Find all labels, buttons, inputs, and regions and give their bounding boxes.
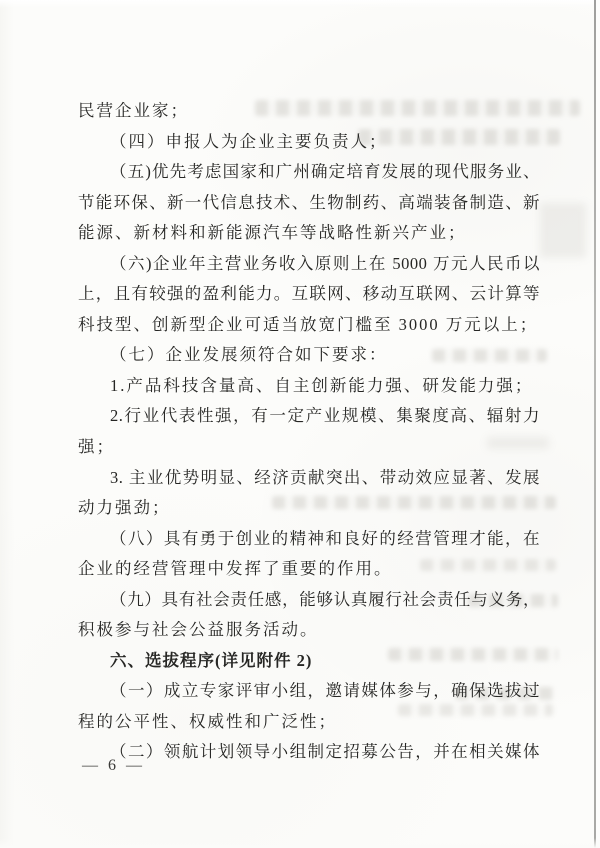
text-line: 企业的经营管理中发挥了重要的作用。 xyxy=(78,554,540,585)
text-line: 动力强劲； xyxy=(78,493,540,524)
text-line: 民营企业家； xyxy=(78,96,540,127)
scan-edge-right-margin xyxy=(596,0,600,848)
text-line: （五)优先考虑国家和广州确定培育发展的现代服务业、 xyxy=(78,157,540,188)
text-line: （九）具有社会责任感，能够认真履行社会责任与义务， xyxy=(78,585,540,616)
text-line: 积极参与社会公益服务活动。 xyxy=(78,615,540,646)
text-line: （一）成立专家评审小组，邀请媒体参与，确保选拔过 xyxy=(78,676,540,707)
text-line: 节能环保、新一代信息技术、生物制药、高端装备制造、新 xyxy=(78,188,540,219)
section-heading: 六、选拔程序(详见附件 2) xyxy=(78,646,540,677)
text-line: 3. 主业优势明显、经济贡献突出、带动效应显著、发展 xyxy=(78,463,540,494)
scan-edge-bottom xyxy=(0,838,600,848)
document-lines: 民营企业家；（四）申报人为企业主要负责人；（五)优先考虑国家和广州确定培育发展的… xyxy=(78,96,540,768)
text-line: （七）企业发展须符合如下要求： xyxy=(78,340,540,371)
text-line: （二）领航计划领导小组制定招募公告，并在相关媒体 xyxy=(78,737,540,768)
bleed-through-artifact xyxy=(540,203,586,258)
text-line: （四）申报人为企业主要负责人； xyxy=(78,127,540,158)
scan-edge-top xyxy=(0,0,600,8)
text-line: （八）具有勇于创业的精神和良好的经营管理才能，在 xyxy=(78,524,540,555)
text-line: 1.产品科技含量高、自主创新能力强、研发能力强； xyxy=(78,371,540,402)
text-line: （六)企业年主营业务收入原则上在 5000 万元人民币以 xyxy=(78,249,540,280)
text-line: 强； xyxy=(78,432,540,463)
text-line: 能源、新材料和新能源汽车等战略性新兴产业； xyxy=(78,218,540,249)
text-line: 程的公平性、权威性和广泛性； xyxy=(78,707,540,738)
text-line: 2.行业代表性强，有一定产业规模、集聚度高、辐射力 xyxy=(78,401,540,432)
text-line: 上，且有较强的盈利能力。互联网、移动互联网、云计算等 xyxy=(78,279,540,310)
scanned-document-page: 民营企业家；（四）申报人为企业主要负责人；（五)优先考虑国家和广州确定培育发展的… xyxy=(0,0,600,848)
text-line: 科技型、创新型企业可适当放宽门槛至 3000 万元以上； xyxy=(78,310,540,341)
page-number: — 6 — xyxy=(82,757,145,775)
